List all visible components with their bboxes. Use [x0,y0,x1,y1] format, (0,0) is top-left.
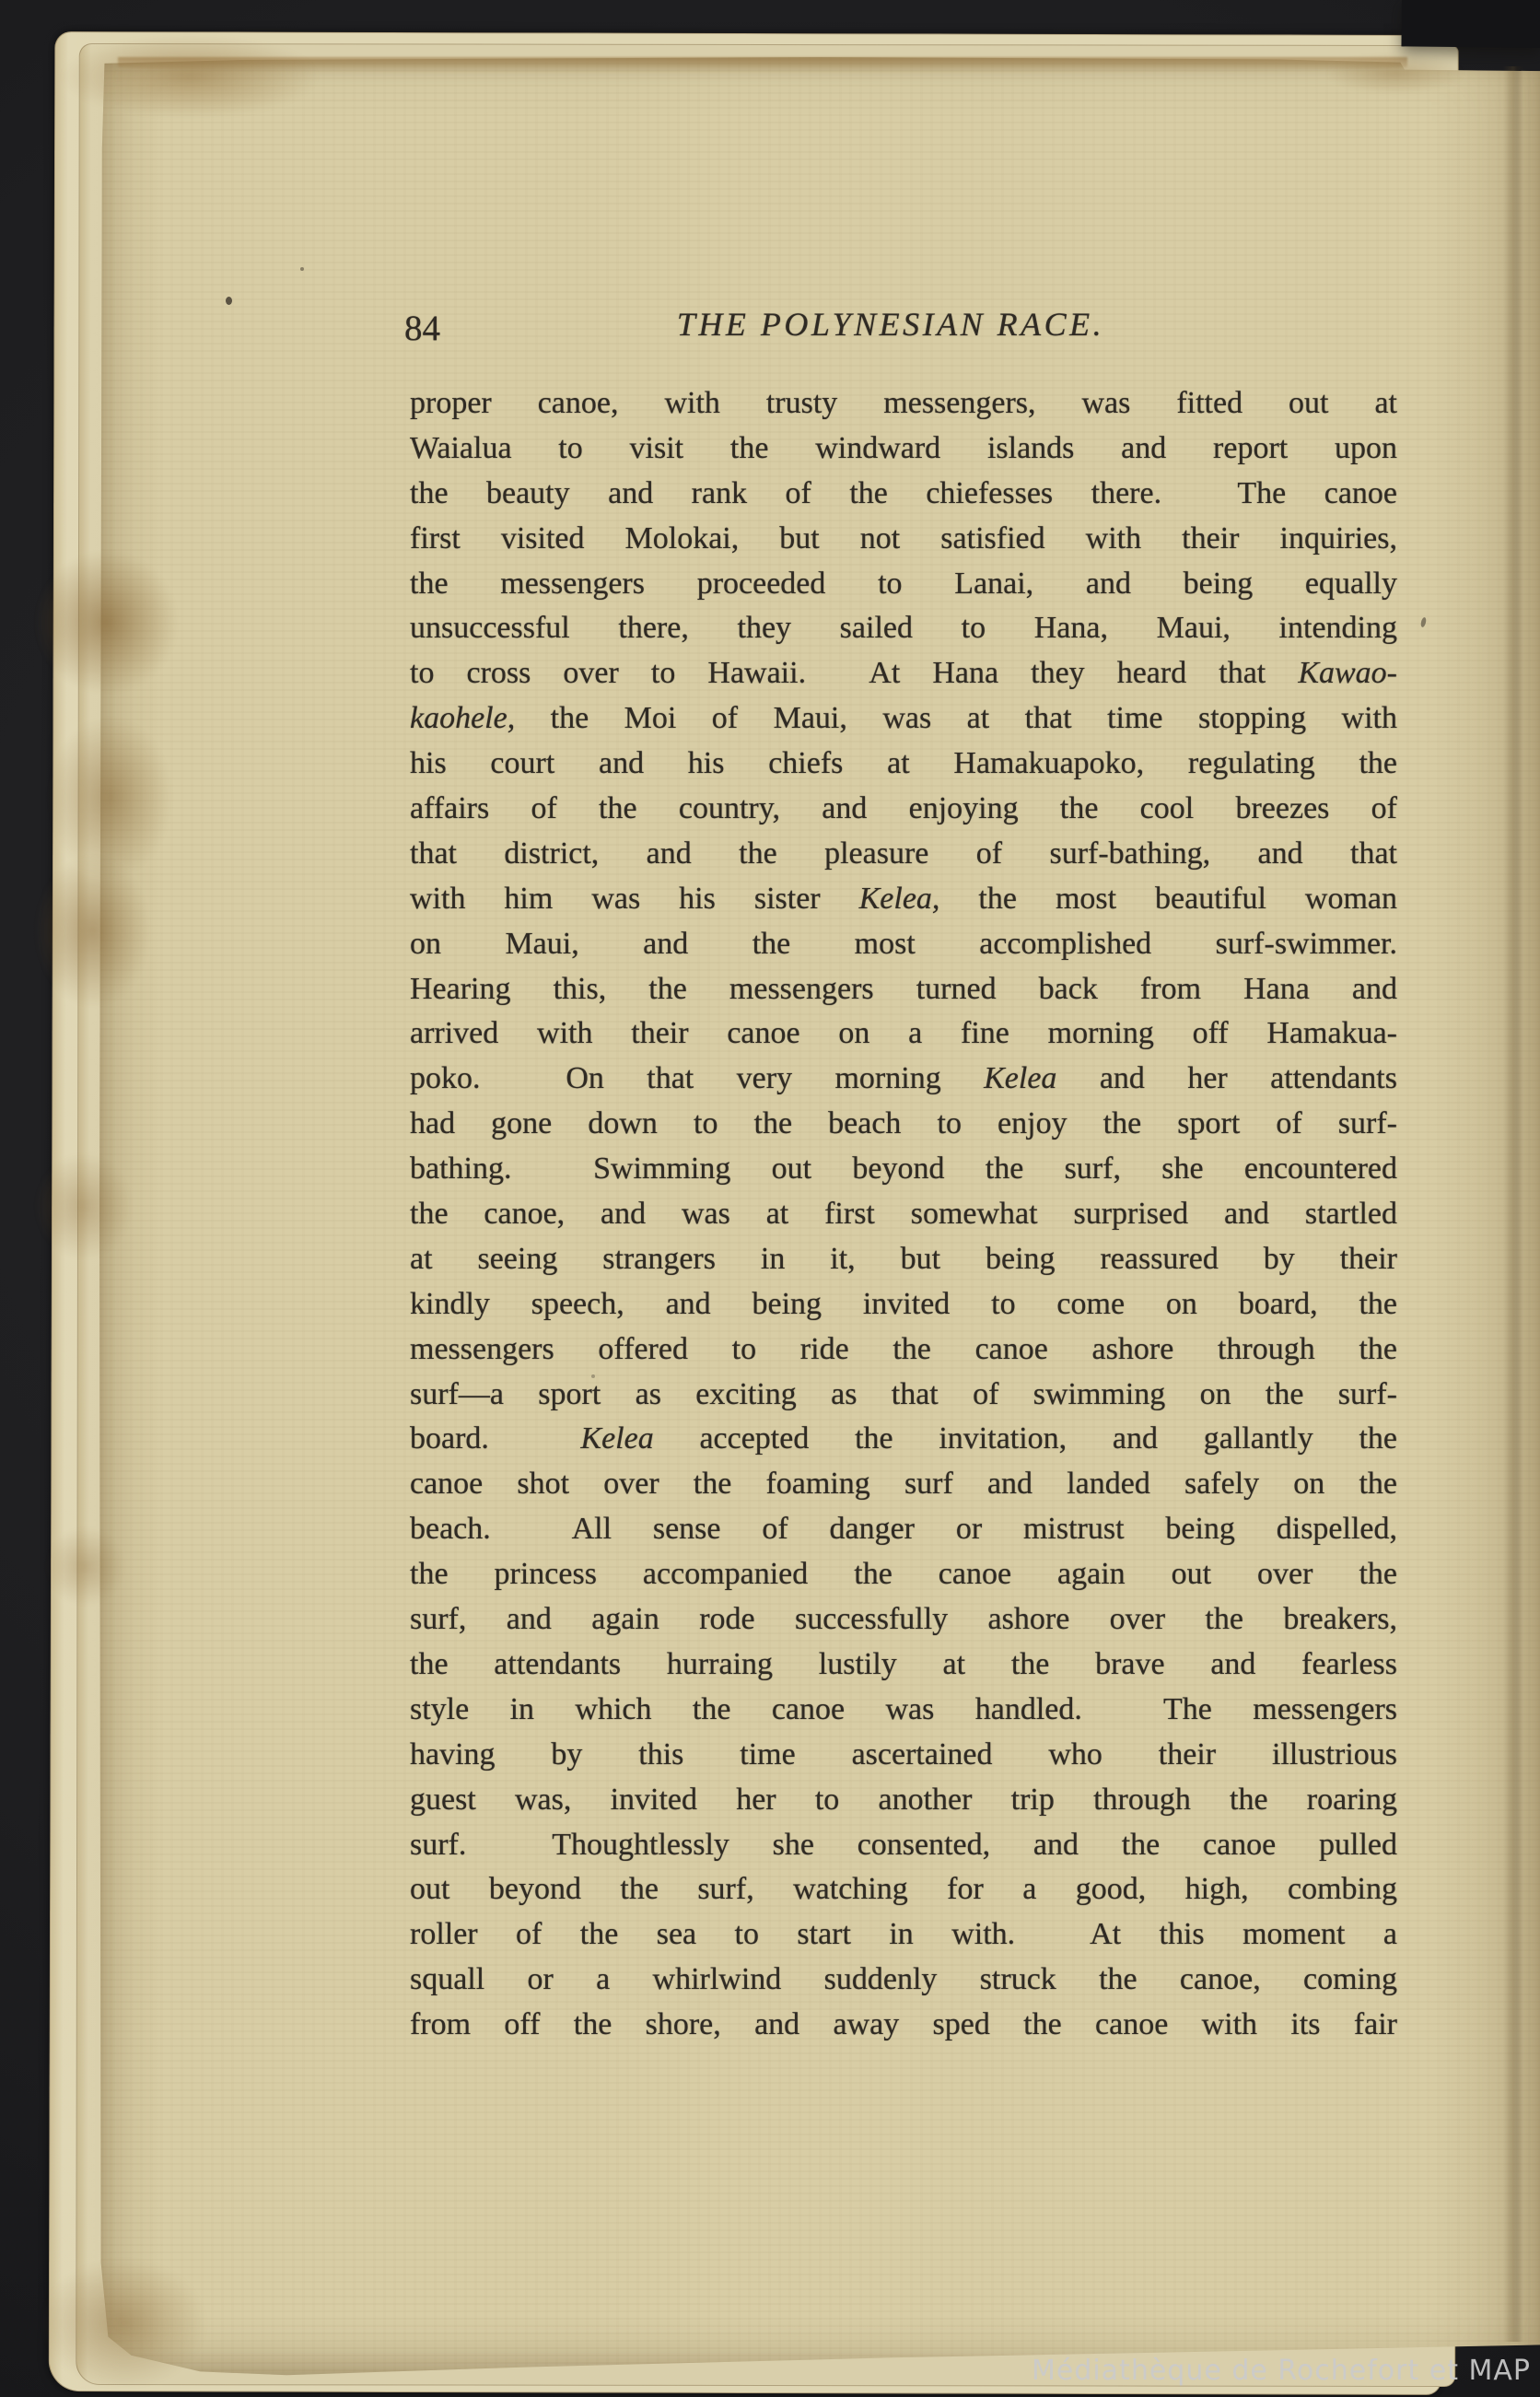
page-header: 84 THE POLYNESIAN RACE. [410,305,1397,353]
text-line: arrived with their canoe on a fine morni… [410,1011,1397,1057]
text-line: affairs of the country, and enjoying the… [410,787,1397,832]
text-line: had gone down to the beach to enjoy the … [410,1102,1397,1147]
page-number: 84 [404,308,440,349]
text-line: at seeing strangers in it, but being rea… [410,1237,1397,1282]
text-line: squall or a whirlwind suddenly struck th… [410,1958,1397,2003]
text-line: bathing. Swimming out beyond the surf, s… [410,1147,1397,1192]
text-line: Hearing this, the messengers turned back… [410,967,1397,1012]
scan-corner-notch [1401,0,1540,48]
text-line: surf. Thoughtlessly she consented, and t… [410,1823,1397,1868]
text-line: kindly speech, and being invited to come… [410,1282,1397,1327]
text-line: poko. On that very morning Kelea and her… [410,1057,1397,1102]
text-line: the messengers proceeded to Lanai, and b… [410,562,1397,607]
text-line: having by this time ascertained who thei… [410,1733,1397,1778]
text-line: out beyond the surf, watching for a good… [410,1867,1397,1912]
book-scan: 84 THE POLYNESIAN RACE. proper canoe, wi… [0,0,1540,2397]
page-text: proper canoe, with trusty messengers, wa… [410,381,1397,2048]
text-line: the princess accompanied the canoe again… [410,1552,1397,1597]
text-line: the beauty and rank of the chiefesses th… [410,472,1397,517]
text-line: board. Kelea accepted the invitation, an… [410,1417,1397,1462]
text-line: guest was, invited her to another trip t… [410,1778,1397,1823]
text-line: with him was his sister Kelea, the most … [410,877,1397,922]
text-line: beach. All sense of danger or mistrust b… [410,1507,1397,1552]
library-watermark: Médiathèque de Rochefort et MAP [941,2355,1531,2387]
text-line: his court and his chiefs at Hamakuapoko,… [410,742,1397,787]
text-line: messengers offered to ride the canoe ash… [410,1327,1397,1373]
text-line: proper canoe, with trusty messengers, wa… [410,381,1397,427]
text-line: Waialua to visit the windward islands an… [410,427,1397,472]
text-line: surf, and again rode successfully ashore… [410,1597,1397,1643]
text-line: first visited Molokai, but not satisfied… [410,517,1397,562]
text-line: to cross over to Hawaii. At Hana they he… [410,651,1397,696]
text-line: style in which the canoe was handled. Th… [410,1688,1397,1733]
text-line: canoe shot over the foaming surf and lan… [410,1462,1397,1507]
text-line: unsuccessful there, they sailed to Hana,… [410,606,1397,651]
running-title: THE POLYNESIAN RACE. [677,305,1104,344]
text-line: the canoe, and was at first somewhat sur… [410,1192,1397,1237]
text-line: surf—a sport as exciting as that of swim… [410,1373,1397,1418]
text-line: kaohele, the Moi of Maui, was at that ti… [410,696,1397,742]
text-line: the attendants hurraing lustily at the b… [410,1643,1397,1688]
text-line: roller of the sea to start in with. At t… [410,1912,1397,1958]
text-line: from off the shore, and away sped the ca… [410,2003,1397,2048]
text-line: on Maui, and the most accomplished surf-… [410,922,1397,967]
text-line: that district, and the pleasure of surf-… [410,832,1397,877]
